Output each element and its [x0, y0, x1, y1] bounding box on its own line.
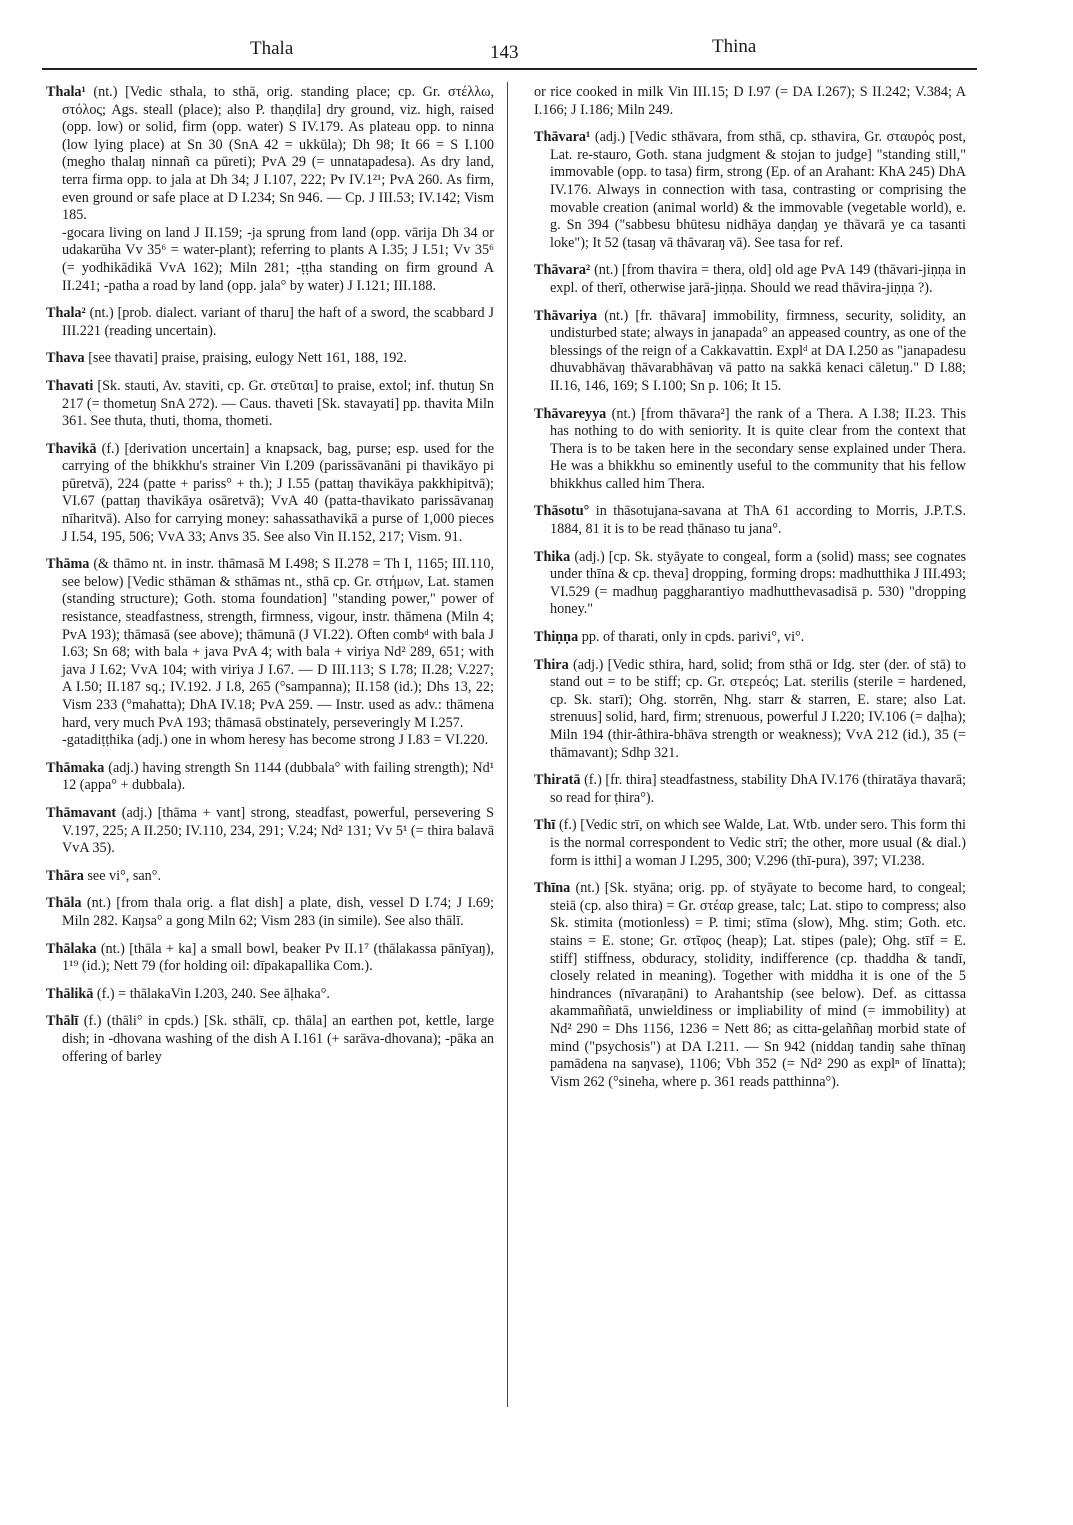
right-guide-word: Thina [712, 36, 756, 58]
entry-definition: (adj.) [thāma + vant] strong, steadfast,… [62, 805, 494, 856]
column-divider [507, 82, 508, 1407]
entry-definition: in thāsotujana-savana at ThA 61 accordin… [550, 503, 966, 537]
entry-headword: Thika [534, 549, 570, 565]
dictionary-entry: Thala² (nt.) [prob. dialect. variant of … [46, 305, 494, 340]
entry-headword: Thiṇṇa [534, 629, 578, 645]
dictionary-entry: Thiratā (f.) [fr. thira] steadfastness, … [534, 772, 966, 807]
entry-definition: (adj.) [cp. Sk. styāyate to congeal, for… [550, 549, 966, 618]
dictionary-entry: Thavati [Sk. stauti, Av. staviti, cp. Gr… [46, 378, 494, 431]
entry-compounds: -gocara living on land J II.159; -ja spr… [46, 225, 494, 295]
entry-definition: (& thāmo nt. in instr. thāmasā M I.498; … [62, 556, 494, 730]
entry-headword: Thālikā [46, 986, 93, 1002]
entry-headword: Thira [534, 657, 569, 673]
entry-definition: (nt.) [Sk. styāna; orig. pp. of styāyate… [550, 880, 966, 1090]
entry-definition: (nt.) [fr. thāvara] immobility, firmness… [550, 308, 966, 394]
dictionary-entry: Thīna (nt.) [Sk. styāna; orig. pp. of st… [534, 880, 966, 1091]
entry-headword: Thavati [46, 378, 93, 394]
entry-definition: (adj.) having strength Sn 1144 (dubbala°… [62, 760, 494, 794]
entry-definition: (nt.) [from thavira = thera, old] old ag… [550, 262, 966, 296]
entry-definition: or rice cooked in milk Vin III.15; D I.9… [534, 84, 966, 118]
entry-headword: Thāvariya [534, 308, 597, 324]
dictionary-entry: Thavikā (f.) [derivation uncertain] a kn… [46, 441, 494, 547]
entry-headword: Thala² [46, 305, 86, 321]
dictionary-entry: Thāvara² (nt.) [from thavira = thera, ol… [534, 262, 966, 297]
entry-definition: (f.) [Vedic strī, on which see Walde, La… [550, 817, 966, 868]
dictionary-entry: Thālikā (f.) = thālakaVin I.203, 240. Se… [46, 986, 494, 1004]
entry-definition: (f.) [derivation uncertain] a knapsack, … [62, 441, 494, 545]
dictionary-entry: or rice cooked in milk Vin III.15; D I.9… [534, 84, 966, 119]
entry-definition: (adj.) [Vedic sthira, hard, solid; from … [550, 657, 966, 761]
entry-definition: (nt.) [thāla + ka] a small bowl, beaker … [62, 941, 494, 975]
dictionary-entry: Thī (f.) [Vedic strī, on which see Walde… [534, 817, 966, 870]
header-rule [42, 68, 977, 70]
dictionary-entry: Thava [see thavati] praise, praising, eu… [46, 350, 494, 368]
entry-definition: (nt.) [Vedic sthala, to sthā, orig. stan… [62, 84, 494, 223]
dictionary-entry: Thāvariya (nt.) [fr. thāvara] immobility… [534, 308, 966, 396]
entry-headword: Thālaka [46, 941, 96, 957]
dictionary-entry: Thika (adj.) [cp. Sk. styāyate to congea… [534, 549, 966, 619]
running-header: Thala 143 Thina [40, 36, 980, 66]
right-column: or rice cooked in milk Vin III.15; D I.9… [534, 84, 966, 1101]
dictionary-entry: Thira (adj.) [Vedic sthira, hard, solid;… [534, 657, 966, 763]
page-number: 143 [490, 42, 519, 64]
entry-definition: (nt.) [prob. dialect. variant of tharu] … [62, 305, 494, 339]
entry-headword: Thāma [46, 556, 89, 572]
dictionary-entry: Thāvara¹ (adj.) [Vedic sthāvara, from st… [534, 129, 966, 252]
left-column: Thala¹ (nt.) [Vedic sthala, to sthā, ori… [46, 84, 494, 1076]
entry-headword: Thāla [46, 895, 81, 911]
entry-headword: Thava [46, 350, 85, 366]
entry-headword: Thāmaka [46, 760, 104, 776]
entry-headword: Thāvara² [534, 262, 590, 278]
dictionary-entry: Thala¹ (nt.) [Vedic sthala, to sthā, ori… [46, 84, 494, 295]
dictionary-entry: Thāma (& thāmo nt. in instr. thāmasā M I… [46, 556, 494, 750]
dictionary-entry: Thāra see vi°, san°. [46, 868, 494, 886]
dictionary-entry: Thāmaka (adj.) having strength Sn 1144 (… [46, 760, 494, 795]
dictionary-entry: Thāla (nt.) [from thala orig. a flat dis… [46, 895, 494, 930]
entry-definition: (adj.) [Vedic sthāvara, from sthā, cp. s… [550, 129, 966, 251]
entry-compounds: -gatadiṭṭhika (adj.) one in whom heresy … [46, 732, 494, 750]
entry-headword: Thālī [46, 1013, 78, 1029]
dictionary-entry: Thālī (f.) (thāli° in cpds.) [Sk. sthālī… [46, 1013, 494, 1066]
entry-headword: Thala¹ [46, 84, 86, 100]
entry-headword: Thāvara¹ [534, 129, 590, 145]
entry-headword: Thavikā [46, 441, 96, 457]
entry-headword: Thāvareyya [534, 406, 606, 422]
dictionary-entry: Thāsotu° in thāsotujana-savana at ThA 61… [534, 503, 966, 538]
dictionary-entry: Thiṇṇa pp. of tharati, only in cpds. par… [534, 629, 966, 647]
entry-definition: pp. of tharati, only in cpds. parivi°, v… [582, 629, 805, 645]
entry-definition: (f.) (thāli° in cpds.) [Sk. sthālī, cp. … [62, 1013, 494, 1064]
dictionary-entry: Thālaka (nt.) [thāla + ka] a small bowl,… [46, 941, 494, 976]
entry-definition: see vi°, san°. [87, 868, 161, 884]
dictionary-entry: Thāmavant (adj.) [thāma + vant] strong, … [46, 805, 494, 858]
entry-headword: Thāsotu° [534, 503, 589, 519]
entry-definition: (nt.) [from thāvara²] the rank of a Ther… [550, 406, 966, 492]
entry-headword: Thāra [46, 868, 84, 884]
entry-headword: Thāmavant [46, 805, 116, 821]
entry-definition: [see thavati] praise, praising, eulogy N… [88, 350, 407, 366]
entry-definition: (f.) = thālakaVin I.203, 240. See āḷhaka… [97, 986, 330, 1002]
dictionary-entry: Thāvareyya (nt.) [from thāvara²] the ran… [534, 406, 966, 494]
entry-headword: Thī [534, 817, 555, 833]
entry-headword: Thīna [534, 880, 570, 896]
entry-definition: [Sk. stauti, Av. staviti, cp. Gr. στεῦτα… [62, 378, 494, 429]
left-guide-word: Thala [250, 38, 293, 60]
entry-definition: (f.) [fr. thira] steadfastness, stabilit… [550, 772, 966, 806]
entry-headword: Thiratā [534, 772, 581, 788]
entry-definition: (nt.) [from thala orig. a flat dish] a p… [62, 895, 494, 929]
